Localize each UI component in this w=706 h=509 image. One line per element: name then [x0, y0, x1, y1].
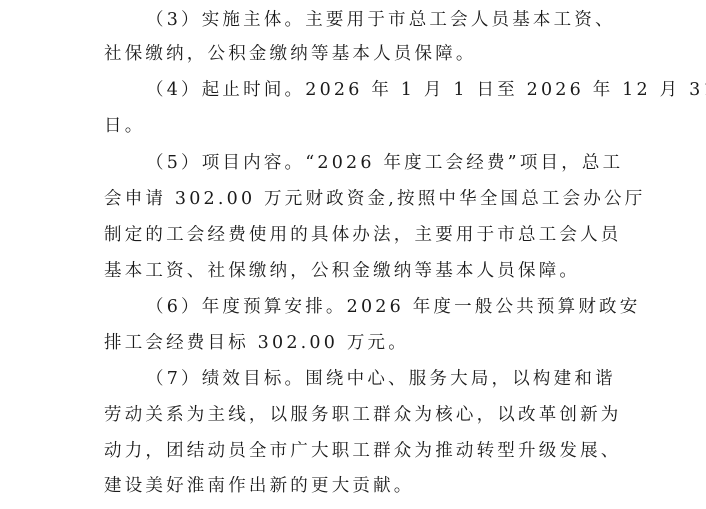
paragraph-line: （7）绩效目标。围绕中心、服务大局，以构建和谐 [146, 361, 616, 397]
paragraph-line: （5）项目内容。“2026 年度工会经费”项目，总工 [146, 145, 623, 181]
paragraph-line: 会申请 302.00 万元财政资金,按照中华全国总工会办公厅 [104, 181, 645, 217]
paragraph-line: 基本工资、社保缴纳，公积金缴纳等基本人员保障。 [104, 253, 580, 289]
paragraph-line: 劳动关系为主线，以服务职工群众为核心，以改革创新为 [104, 397, 622, 433]
paragraph-line: 排工会经费目标 302.00 万元。 [104, 325, 409, 361]
paragraph-line: 日。 [104, 108, 145, 144]
paragraph-line: 动力，团结动员全市广大职工群众为推动转型升级发展、 [104, 433, 622, 469]
paragraph-line: 建设美好淮南作出新的更大贡献。 [104, 468, 415, 504]
paragraph-line: （4）起止时间。2026 年 1 月 1 日至 2026 年 12 月 31 [146, 72, 706, 108]
paragraph-line: （3）实施主体。主要用于市总工会人员基本工资、 [146, 2, 616, 38]
paragraph-line: 社保缴纳，公积金缴纳等基本人员保障。 [104, 36, 477, 72]
paragraph-line: （6）年度预算安排。2026 年度一般公共预算财政安 [146, 289, 640, 325]
paragraph-line: 制定的工会经费使用的具体办法，主要用于市总工会人员 [104, 217, 622, 253]
